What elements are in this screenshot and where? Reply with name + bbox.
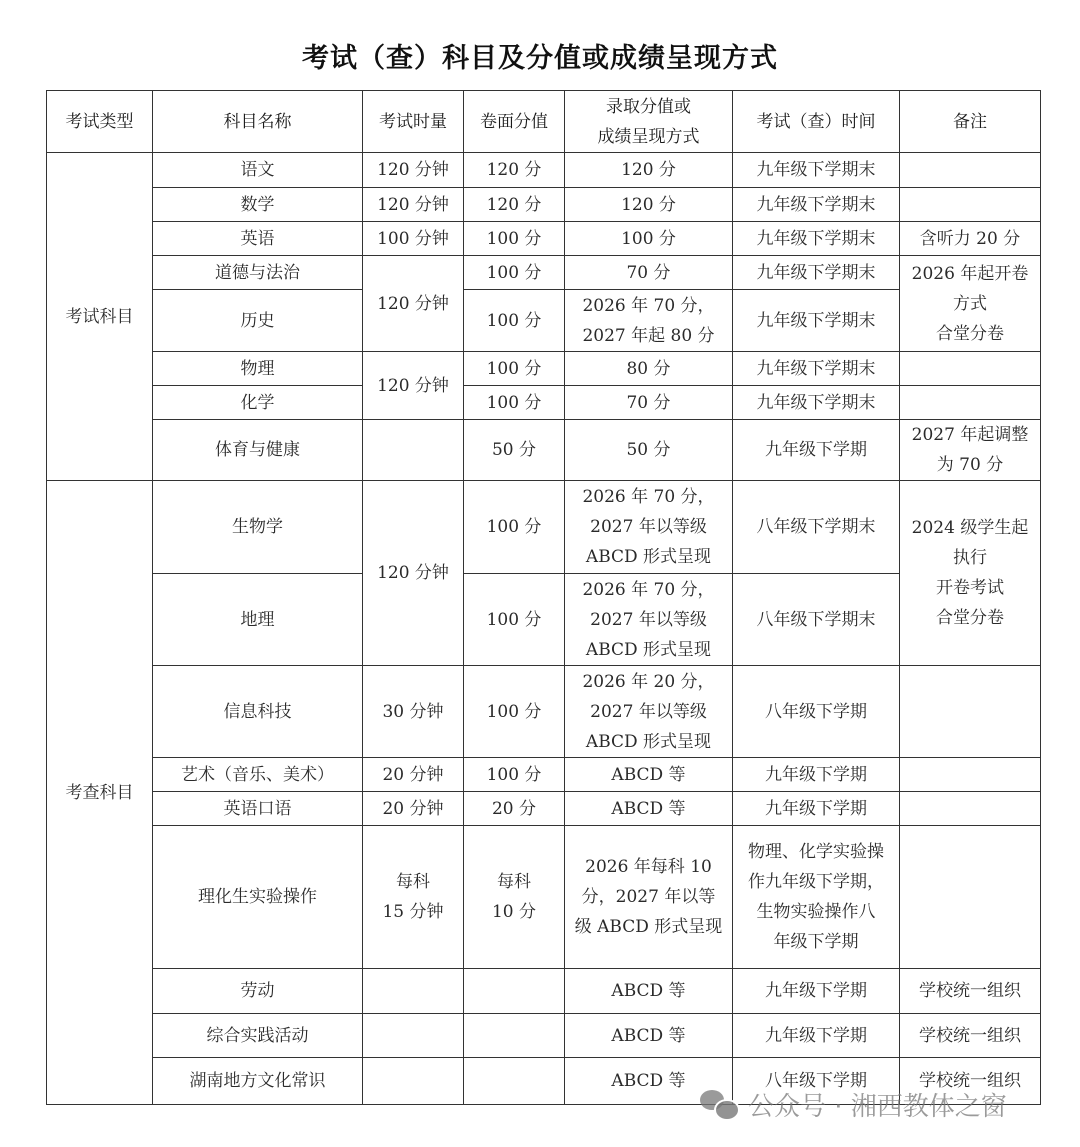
subject-cell: 地理 xyxy=(153,574,363,666)
duration-cell: 120 分钟 xyxy=(363,256,464,352)
note-cell: 学校统一组织 xyxy=(900,969,1041,1014)
subject-cell: 湖南地方文化常识 xyxy=(153,1058,363,1105)
duration-cell: 30 分钟 xyxy=(363,666,464,758)
paper-score-cell: 100 分 xyxy=(464,481,565,574)
admission-cell: 70 分 xyxy=(565,256,733,290)
paper-score-cell xyxy=(464,969,565,1014)
time-cell: 九年级下学期 xyxy=(733,420,900,481)
subject-cell: 信息科技 xyxy=(153,666,363,758)
admission-cell: 50 分 xyxy=(565,420,733,481)
note-cell xyxy=(900,758,1041,792)
admission-cell: 120 分 xyxy=(565,153,733,188)
time-cell: 九年级下学期 xyxy=(733,969,900,1014)
note-cell xyxy=(900,352,1041,386)
note-cell xyxy=(900,188,1041,222)
subject-cell: 生物学 xyxy=(153,481,363,574)
time-cell: 九年级下学期末 xyxy=(733,386,900,420)
time-cell: 八年级下学期末 xyxy=(733,481,900,574)
table-row: 劳动 ABCD 等 九年级下学期 学校统一组织 xyxy=(47,969,1041,1014)
paper-score-cell: 100 分 xyxy=(464,574,565,666)
header-paper-score: 卷面分值 xyxy=(464,91,565,153)
time-cell: 物理、化学实验操 作九年级下学期， 生物实验操作八 年级下学期 xyxy=(733,826,900,969)
subject-cell: 物理 xyxy=(153,352,363,386)
paper-score-cell xyxy=(464,1058,565,1105)
time-cell: 九年级下学期 xyxy=(733,792,900,826)
duration-cell xyxy=(363,1014,464,1058)
header-exam-type: 考试类型 xyxy=(47,91,153,153)
note-cell xyxy=(900,792,1041,826)
table-row: 化学 100 分 70 分 九年级下学期末 xyxy=(47,386,1041,420)
document-title: 考试（查）科目及分值或成绩呈现方式 xyxy=(0,36,1080,75)
time-cell: 九年级下学期 xyxy=(733,1014,900,1058)
paper-score-cell: 50 分 xyxy=(464,420,565,481)
paper-score-cell: 100 分 xyxy=(464,256,565,290)
table-row: 艺术（音乐、美术） 20 分钟 100 分 ABCD 等 九年级下学期 xyxy=(47,758,1041,792)
time-cell: 八年级下学期 xyxy=(733,666,900,758)
paper-score-cell: 每科 10 分 xyxy=(464,826,565,969)
paper-score-cell: 100 分 xyxy=(464,352,565,386)
table-row: 地理 100 分 2026 年 70 分， 2027 年以等级 ABCD 形式呈… xyxy=(47,574,1041,666)
paper-score-cell: 100 分 xyxy=(464,666,565,758)
admission-cell: 80 分 xyxy=(565,352,733,386)
subject-cell: 历史 xyxy=(153,290,363,352)
note-cell: 2026 年起开卷 方式 合堂分卷 xyxy=(900,256,1041,352)
admission-cell: 2026 年 70 分， 2027 年以等级 ABCD 形式呈现 xyxy=(565,481,733,574)
admission-cell: 2026 年 70 分， 2027 年起 80 分 xyxy=(565,290,733,352)
table-row: 数学 120 分钟 120 分 120 分 九年级下学期末 xyxy=(47,188,1041,222)
subject-cell: 英语口语 xyxy=(153,792,363,826)
table-row: 英语 100 分钟 100 分 100 分 九年级下学期末 含听力 20 分 xyxy=(47,222,1041,256)
note-cell xyxy=(900,153,1041,188)
header-note: 备注 xyxy=(900,91,1041,153)
category-check-subjects: 考查科目 xyxy=(47,481,153,1105)
subject-cell: 数学 xyxy=(153,188,363,222)
time-cell: 九年级下学期末 xyxy=(733,153,900,188)
admission-cell: ABCD 等 xyxy=(565,969,733,1014)
time-cell: 九年级下学期末 xyxy=(733,290,900,352)
duration-cell xyxy=(363,969,464,1014)
subject-cell: 劳动 xyxy=(153,969,363,1014)
header-admission: 录取分值或 成绩呈现方式 xyxy=(565,91,733,153)
duration-cell: 120 分钟 xyxy=(363,352,464,420)
admission-cell: ABCD 等 xyxy=(565,758,733,792)
header-time: 考试（查）时间 xyxy=(733,91,900,153)
duration-cell: 120 分钟 xyxy=(363,481,464,666)
duration-cell: 20 分钟 xyxy=(363,792,464,826)
header-subject: 科目名称 xyxy=(153,91,363,153)
duration-cell xyxy=(363,1058,464,1105)
subject-cell: 英语 xyxy=(153,222,363,256)
note-cell: 学校统一组织 xyxy=(900,1014,1041,1058)
time-cell: 九年级下学期末 xyxy=(733,352,900,386)
paper-score-cell: 20 分 xyxy=(464,792,565,826)
admission-cell: 2026 年 70 分， 2027 年以等级 ABCD 形式呈现 xyxy=(565,574,733,666)
header-duration: 考试时量 xyxy=(363,91,464,153)
wechat-icon xyxy=(700,1088,740,1120)
subject-cell: 语文 xyxy=(153,153,363,188)
table-row: 信息科技 30 分钟 100 分 2026 年 20 分， 2027 年以等级 … xyxy=(47,666,1041,758)
paper-score-cell: 100 分 xyxy=(464,222,565,256)
table-row: 道德与法治 120 分钟 100 分 70 分 九年级下学期末 2026 年起开… xyxy=(47,256,1041,290)
table-row: 英语口语 20 分钟 20 分 ABCD 等 九年级下学期 xyxy=(47,792,1041,826)
table-row: 考试科目 语文 120 分钟 120 分 120 分 九年级下学期末 xyxy=(47,153,1041,188)
table-row: 体育与健康 50 分 50 分 九年级下学期 2027 年起调整 为 70 分 xyxy=(47,420,1041,481)
admission-cell: 100 分 xyxy=(565,222,733,256)
duration-cell: 100 分钟 xyxy=(363,222,464,256)
header-row: 考试类型 科目名称 考试时量 卷面分值 录取分值或 成绩呈现方式 考试（查）时间… xyxy=(47,91,1041,153)
subject-cell: 艺术（音乐、美术） xyxy=(153,758,363,792)
note-cell xyxy=(900,826,1041,969)
table-row: 历史 100 分 2026 年 70 分， 2027 年起 80 分 九年级下学… xyxy=(47,290,1041,352)
admission-cell: ABCD 等 xyxy=(565,1014,733,1058)
subject-cell: 理化生实验操作 xyxy=(153,826,363,969)
time-cell: 九年级下学期末 xyxy=(733,256,900,290)
paper-score-cell: 100 分 xyxy=(464,386,565,420)
table-row: 理化生实验操作 每科 15 分钟 每科 10 分 2026 年每科 10 分，2… xyxy=(47,826,1041,969)
duration-cell: 20 分钟 xyxy=(363,758,464,792)
category-exam-subjects: 考试科目 xyxy=(47,153,153,481)
time-cell: 八年级下学期末 xyxy=(733,574,900,666)
duration-cell: 120 分钟 xyxy=(363,188,464,222)
duration-cell: 120 分钟 xyxy=(363,153,464,188)
time-cell: 九年级下学期 xyxy=(733,758,900,792)
table-row: 综合实践活动 ABCD 等 九年级下学期 学校统一组织 xyxy=(47,1014,1041,1058)
note-cell: 2024 级学生起 执行 开卷考试 合堂分卷 xyxy=(900,481,1041,666)
note-cell xyxy=(900,666,1041,758)
watermark: 公众号 · 湘西教体之窗 xyxy=(700,1084,1007,1124)
time-cell: 九年级下学期末 xyxy=(733,222,900,256)
table-row: 考查科目 生物学 120 分钟 100 分 2026 年 70 分， 2027 … xyxy=(47,481,1041,574)
paper-score-cell xyxy=(464,1014,565,1058)
table-row: 物理 120 分钟 100 分 80 分 九年级下学期末 xyxy=(47,352,1041,386)
admission-cell: 70 分 xyxy=(565,386,733,420)
time-cell: 九年级下学期末 xyxy=(733,188,900,222)
watermark-text: 公众号 · 湘西教体之窗 xyxy=(748,1086,1007,1123)
duration-cell xyxy=(363,420,464,481)
paper-score-cell: 100 分 xyxy=(464,290,565,352)
subject-cell: 化学 xyxy=(153,386,363,420)
note-cell: 2027 年起调整 为 70 分 xyxy=(900,420,1041,481)
paper-score-cell: 100 分 xyxy=(464,758,565,792)
subject-cell: 道德与法治 xyxy=(153,256,363,290)
admission-cell: 120 分 xyxy=(565,188,733,222)
admission-cell: ABCD 等 xyxy=(565,792,733,826)
admission-cell: 2026 年 20 分， 2027 年以等级 ABCD 形式呈现 xyxy=(565,666,733,758)
note-cell xyxy=(900,386,1041,420)
subject-cell: 综合实践活动 xyxy=(153,1014,363,1058)
subject-cell: 体育与健康 xyxy=(153,420,363,481)
paper-score-cell: 120 分 xyxy=(464,153,565,188)
exam-subjects-table: 考试类型 科目名称 考试时量 卷面分值 录取分值或 成绩呈现方式 考试（查）时间… xyxy=(46,90,1041,1105)
admission-cell: 2026 年每科 10 分，2027 年以等 级 ABCD 形式呈现 xyxy=(565,826,733,969)
duration-cell: 每科 15 分钟 xyxy=(363,826,464,969)
note-cell: 含听力 20 分 xyxy=(900,222,1041,256)
paper-score-cell: 120 分 xyxy=(464,188,565,222)
